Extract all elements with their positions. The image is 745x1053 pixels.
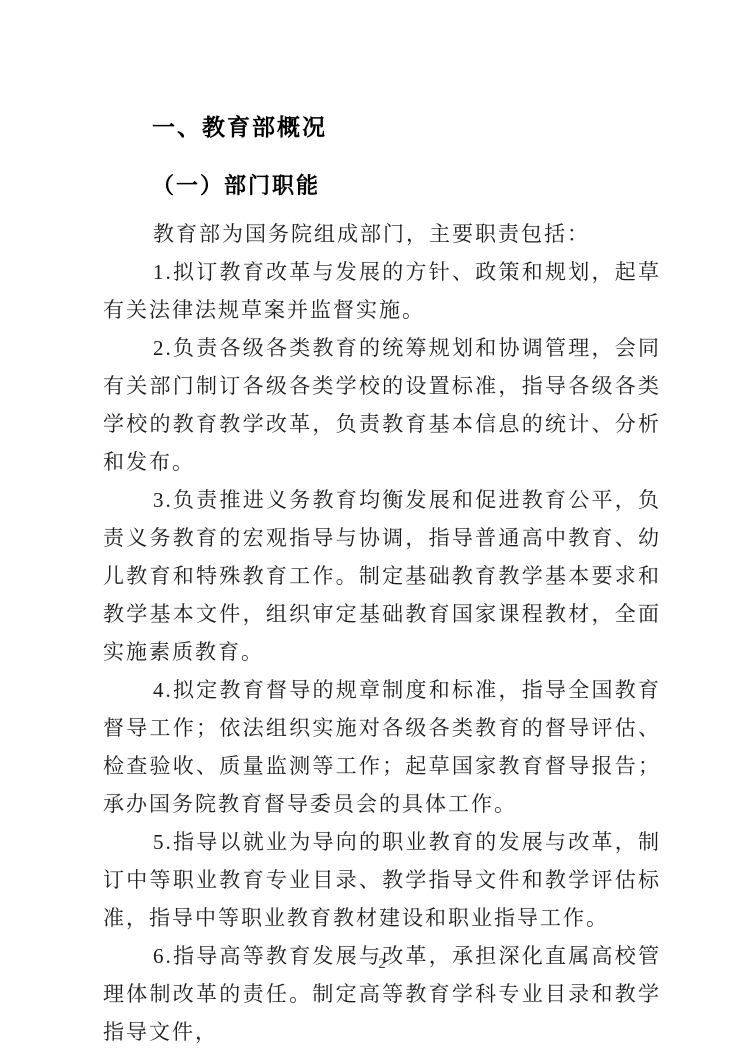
duty-paragraph-3: 3.负责推进义务教育均衡发展和促进教育公平，负责义务教育的宏观指导与协调，指导普… — [103, 481, 661, 671]
duty-paragraph-5: 5.指导以就业为导向的职业教育的发展与改革，制订中等职业教育专业目录、教学指导文… — [103, 823, 661, 937]
duty-paragraph-4: 4.拟定教育督导的规章制度和标准，指导全国教育督导工作；依法组织实施对各级各类教… — [103, 671, 661, 823]
duty-paragraph-6: 6.指导高等教育发展与改革，承担深化直属高校管理体制改革的责任。制定高等教育学科… — [103, 937, 661, 1051]
intro-paragraph: 教育部为国务院组成部门，主要职责包括： — [103, 215, 661, 253]
duty-paragraph-2: 2.负责各级各类教育的统筹规划和协调管理，会同有关部门制订各级各类学校的设置标准… — [103, 329, 661, 481]
document-body: 一、教育部概况 （一）部门职能 教育部为国务院组成部门，主要职责包括： 1.拟订… — [0, 0, 745, 1051]
duty-paragraph-1: 1.拟订教育改革与发展的方针、政策和规划，起草有关法律法规草案并监督实施。 — [103, 253, 661, 329]
section-heading: 一、教育部概况 — [103, 113, 661, 141]
subsection-heading: （一）部门职能 — [103, 173, 661, 199]
document-page: 一、教育部概况 （一）部门职能 教育部为国务院组成部门，主要职责包括： 1.拟订… — [0, 0, 745, 1053]
page-number: 2 — [103, 956, 661, 973]
